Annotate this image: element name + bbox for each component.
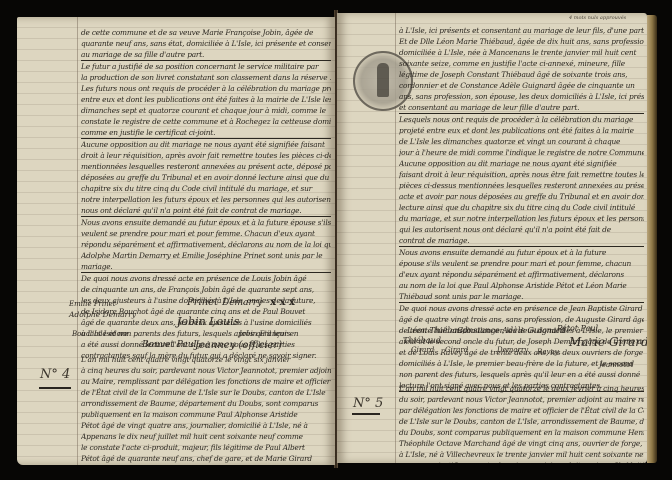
- text-line: du soir, pardevant nous Victor Jeannotot…: [399, 394, 644, 405]
- text-line: droit à leur réquisition, après avoir fa…: [81, 150, 331, 161]
- text-line: Aucune opposition au dit mariage ne nous…: [399, 158, 644, 169]
- text-line: qui les autorisent nous ont déclaré qu'i…: [399, 224, 644, 235]
- text-line: Et de Dlle Léon Marie Thiébaud, âgée de …: [399, 36, 644, 47]
- text-line: Les futurs nous ont requis de procéder à…: [81, 83, 331, 94]
- signature: Girard: [445, 346, 468, 354]
- text-line: épouse s'ils veulent se prendre pour mar…: [399, 258, 644, 269]
- text-line: jour à l'heure de midi comme l'indique l…: [399, 147, 644, 158]
- signature: Adolphe Demarry: [69, 310, 136, 319]
- text-line: Thiébaud sont unis par le mariage.: [399, 291, 644, 303]
- text-line: de cinquante un ans, de François Jobin â…: [81, 284, 331, 295]
- text-line: projeté entre eux et dont les publicatio…: [399, 125, 644, 136]
- signature: Marie Girard: [569, 335, 647, 349]
- signature: Thiébaud: [403, 336, 441, 345]
- margin-annotation: 4 mots nuls approuvés: [569, 15, 626, 21]
- text-line: à L'Isle, né à Villechevreux le trente j…: [399, 449, 644, 460]
- signature: Emilie Prinet: [69, 300, 116, 308]
- text-line: domiciliée à L'Isle, née à Mancenans le …: [399, 47, 644, 58]
- text-line: publiquement en la maison commune Paul A…: [81, 409, 331, 420]
- text-line: mentionnées lesquelles resteront annexée…: [81, 161, 331, 172]
- signature: Constance Adèle Guignard: [457, 326, 566, 335]
- signature: Bouvet Paul: [142, 340, 196, 350]
- text-line: L'an mil huit cent quatre vingt quatorze…: [81, 354, 331, 365]
- text-line: ans, sans profession, son épouse, les de…: [399, 91, 644, 102]
- text-line: à cinq heures du soir, pardevant nous Vi…: [81, 365, 331, 376]
- text-line: mariage.: [81, 261, 331, 273]
- text-line: répondu séparément et affirmativement, d…: [81, 239, 331, 250]
- text-line: L'an mil huit cent quatre vingt quatorze…: [399, 383, 644, 394]
- signature: Jobin Louis: [177, 315, 239, 328]
- text-line: au Maire, remplissant par délégation les…: [81, 376, 331, 387]
- text-line: Aucune opposition au dit mariage ne nous…: [81, 139, 331, 150]
- text-line: de cette commune et de sa veuve Marie Fr…: [81, 27, 331, 38]
- text-line: entre eux et dont les publications ont é…: [81, 94, 331, 105]
- text-line: quarante neuf ans, sans état, domiciliée…: [81, 38, 331, 49]
- text-line: d'eux ayant répondu séparément et affirm…: [399, 269, 644, 280]
- text-line: la production de son livret constatant s…: [81, 72, 331, 83]
- text-line: le constate l'acte ci-produit, majeur, f…: [81, 442, 331, 453]
- book-page-edge: [647, 15, 657, 463]
- text-line: pièces ci-dessus mentionnées lesquelles …: [399, 180, 644, 191]
- text-line: de L'Isle sur le Doubs, canton de L'Isle…: [399, 416, 644, 427]
- signature: Jeanney (officier): [195, 340, 282, 351]
- text-line: Adolphe Martin Demarry et Emilie Joséphi…: [81, 250, 331, 261]
- entry-number: N° 4: [40, 367, 70, 382]
- text-line: comme en justifie son acte de naissance …: [399, 460, 644, 463]
- left-register-page: de cette commune et de sa veuve Marie Fr…: [17, 17, 335, 465]
- text-line: du mariage, et sur notre interpellation …: [399, 213, 644, 224]
- text-line: comme en justifie le certificat ci-joint…: [81, 127, 331, 139]
- entry-number-underline: [39, 387, 71, 389]
- text-line: cordonnier et de Constance Adèle Guignar…: [399, 80, 644, 91]
- left-margin-rule: [77, 17, 78, 465]
- text-line: faisant droit à leur réquisition, après …: [399, 169, 644, 180]
- text-line: acte et avoir par nous déposées au greff…: [399, 191, 644, 202]
- text-line: à L'Isle, ici présents et consentant au …: [399, 25, 644, 36]
- text-line: De quoi nous avons dressé acte en présen…: [399, 303, 644, 314]
- text-line: arrondissement de Baume, département du …: [81, 398, 331, 409]
- text-line: de L'Isle les dimanches quatorze et ving…: [399, 136, 644, 147]
- entry-4-text: L'an mil huit cent quatre vingt quatorze…: [81, 354, 331, 465]
- text-line: âgée de quarante six ans sans état, son …: [81, 464, 331, 465]
- text-line: déposées au greffe du Tribunal et en avo…: [81, 172, 331, 183]
- text-line: légitime de Joseph Constant Thiébaud âgé…: [399, 69, 644, 80]
- text-line: contrat de mariage.: [399, 235, 644, 247]
- signature-marks: x x x: [270, 297, 295, 308]
- text-line: Théophile Octave Marchand âgé de vingt c…: [399, 438, 644, 449]
- text-line: nous ont déclaré qu'il n'a point été fai…: [81, 205, 331, 217]
- signature: Girard: [411, 346, 434, 354]
- seal-figure-icon: [377, 63, 389, 97]
- text-line: de l'État civil de la Commune de L'Isle …: [81, 387, 331, 398]
- text-line: non parent des futurs, lesquels après qu…: [399, 369, 644, 380]
- entry-5-text: L'an mil huit cent quatre vingt quatorze…: [399, 383, 644, 463]
- text-line: du Doubs, sont comparus publiquement en …: [399, 427, 644, 438]
- entry-number-underline: [352, 413, 380, 415]
- signature: Demarry: [222, 298, 262, 308]
- text-line: au mariage de sa fille d'autre part.: [81, 49, 331, 61]
- signature: Jeannotot: [599, 361, 633, 369]
- text-line: lecture ainsi que du chapitre six du tit…: [399, 202, 644, 213]
- text-line: soixante seize, comme en justifie l'acte…: [399, 58, 644, 69]
- text-line: notre interpellation les futurs époux et…: [81, 194, 331, 205]
- signature: Ravey: [537, 348, 559, 356]
- text-line: âgé de quatre vingt trois ans, sans prof…: [399, 314, 644, 325]
- text-line: veulent se prendre pour mari et pour fem…: [81, 228, 331, 239]
- signature: Bouchot Isidore: [72, 330, 128, 338]
- text-line: Pétot âgé de quarante neuf ans, chef de …: [81, 453, 331, 464]
- signature: Prinet: [187, 297, 218, 308]
- text-line: au nom de la loi que Paul Alphonse Arist…: [399, 280, 644, 291]
- signature: Demarry: [497, 346, 528, 354]
- text-line: chapitre six du titre cinq du Code civil…: [81, 183, 331, 194]
- text-line: De quoi nous avons dressé acte en présen…: [81, 273, 331, 284]
- right-register-page: 4 mots nuls approuvés à L'Isle, ici prés…: [337, 13, 647, 463]
- signature: Jobin François: [239, 330, 290, 338]
- text-line: par délégation les fonctions de maire et…: [399, 405, 644, 416]
- text-line: constate le registre de cette commune et…: [81, 116, 331, 127]
- text-line: dimanches sept et quatorze courant et ch…: [81, 105, 331, 116]
- text-line: Lesquels nous ont requis de procéder à l…: [399, 114, 644, 125]
- text-line: Nous avons ensuite demandé au futur épou…: [81, 217, 331, 228]
- text-line: Le futur a justifié de sa position conce…: [81, 61, 331, 72]
- text-line: Pétot âgé de vingt quatre ans, journalie…: [81, 420, 331, 431]
- text-line: Nous avons ensuite demandé au futur épou…: [399, 247, 644, 258]
- signature: Pétot Paul: [557, 324, 598, 333]
- text-line: Appenans le dix neuf juillet mil huit ce…: [81, 431, 331, 442]
- entry-number: N° 5: [353, 396, 383, 411]
- text-line: et consentant au mariage de leur fille d…: [399, 102, 644, 114]
